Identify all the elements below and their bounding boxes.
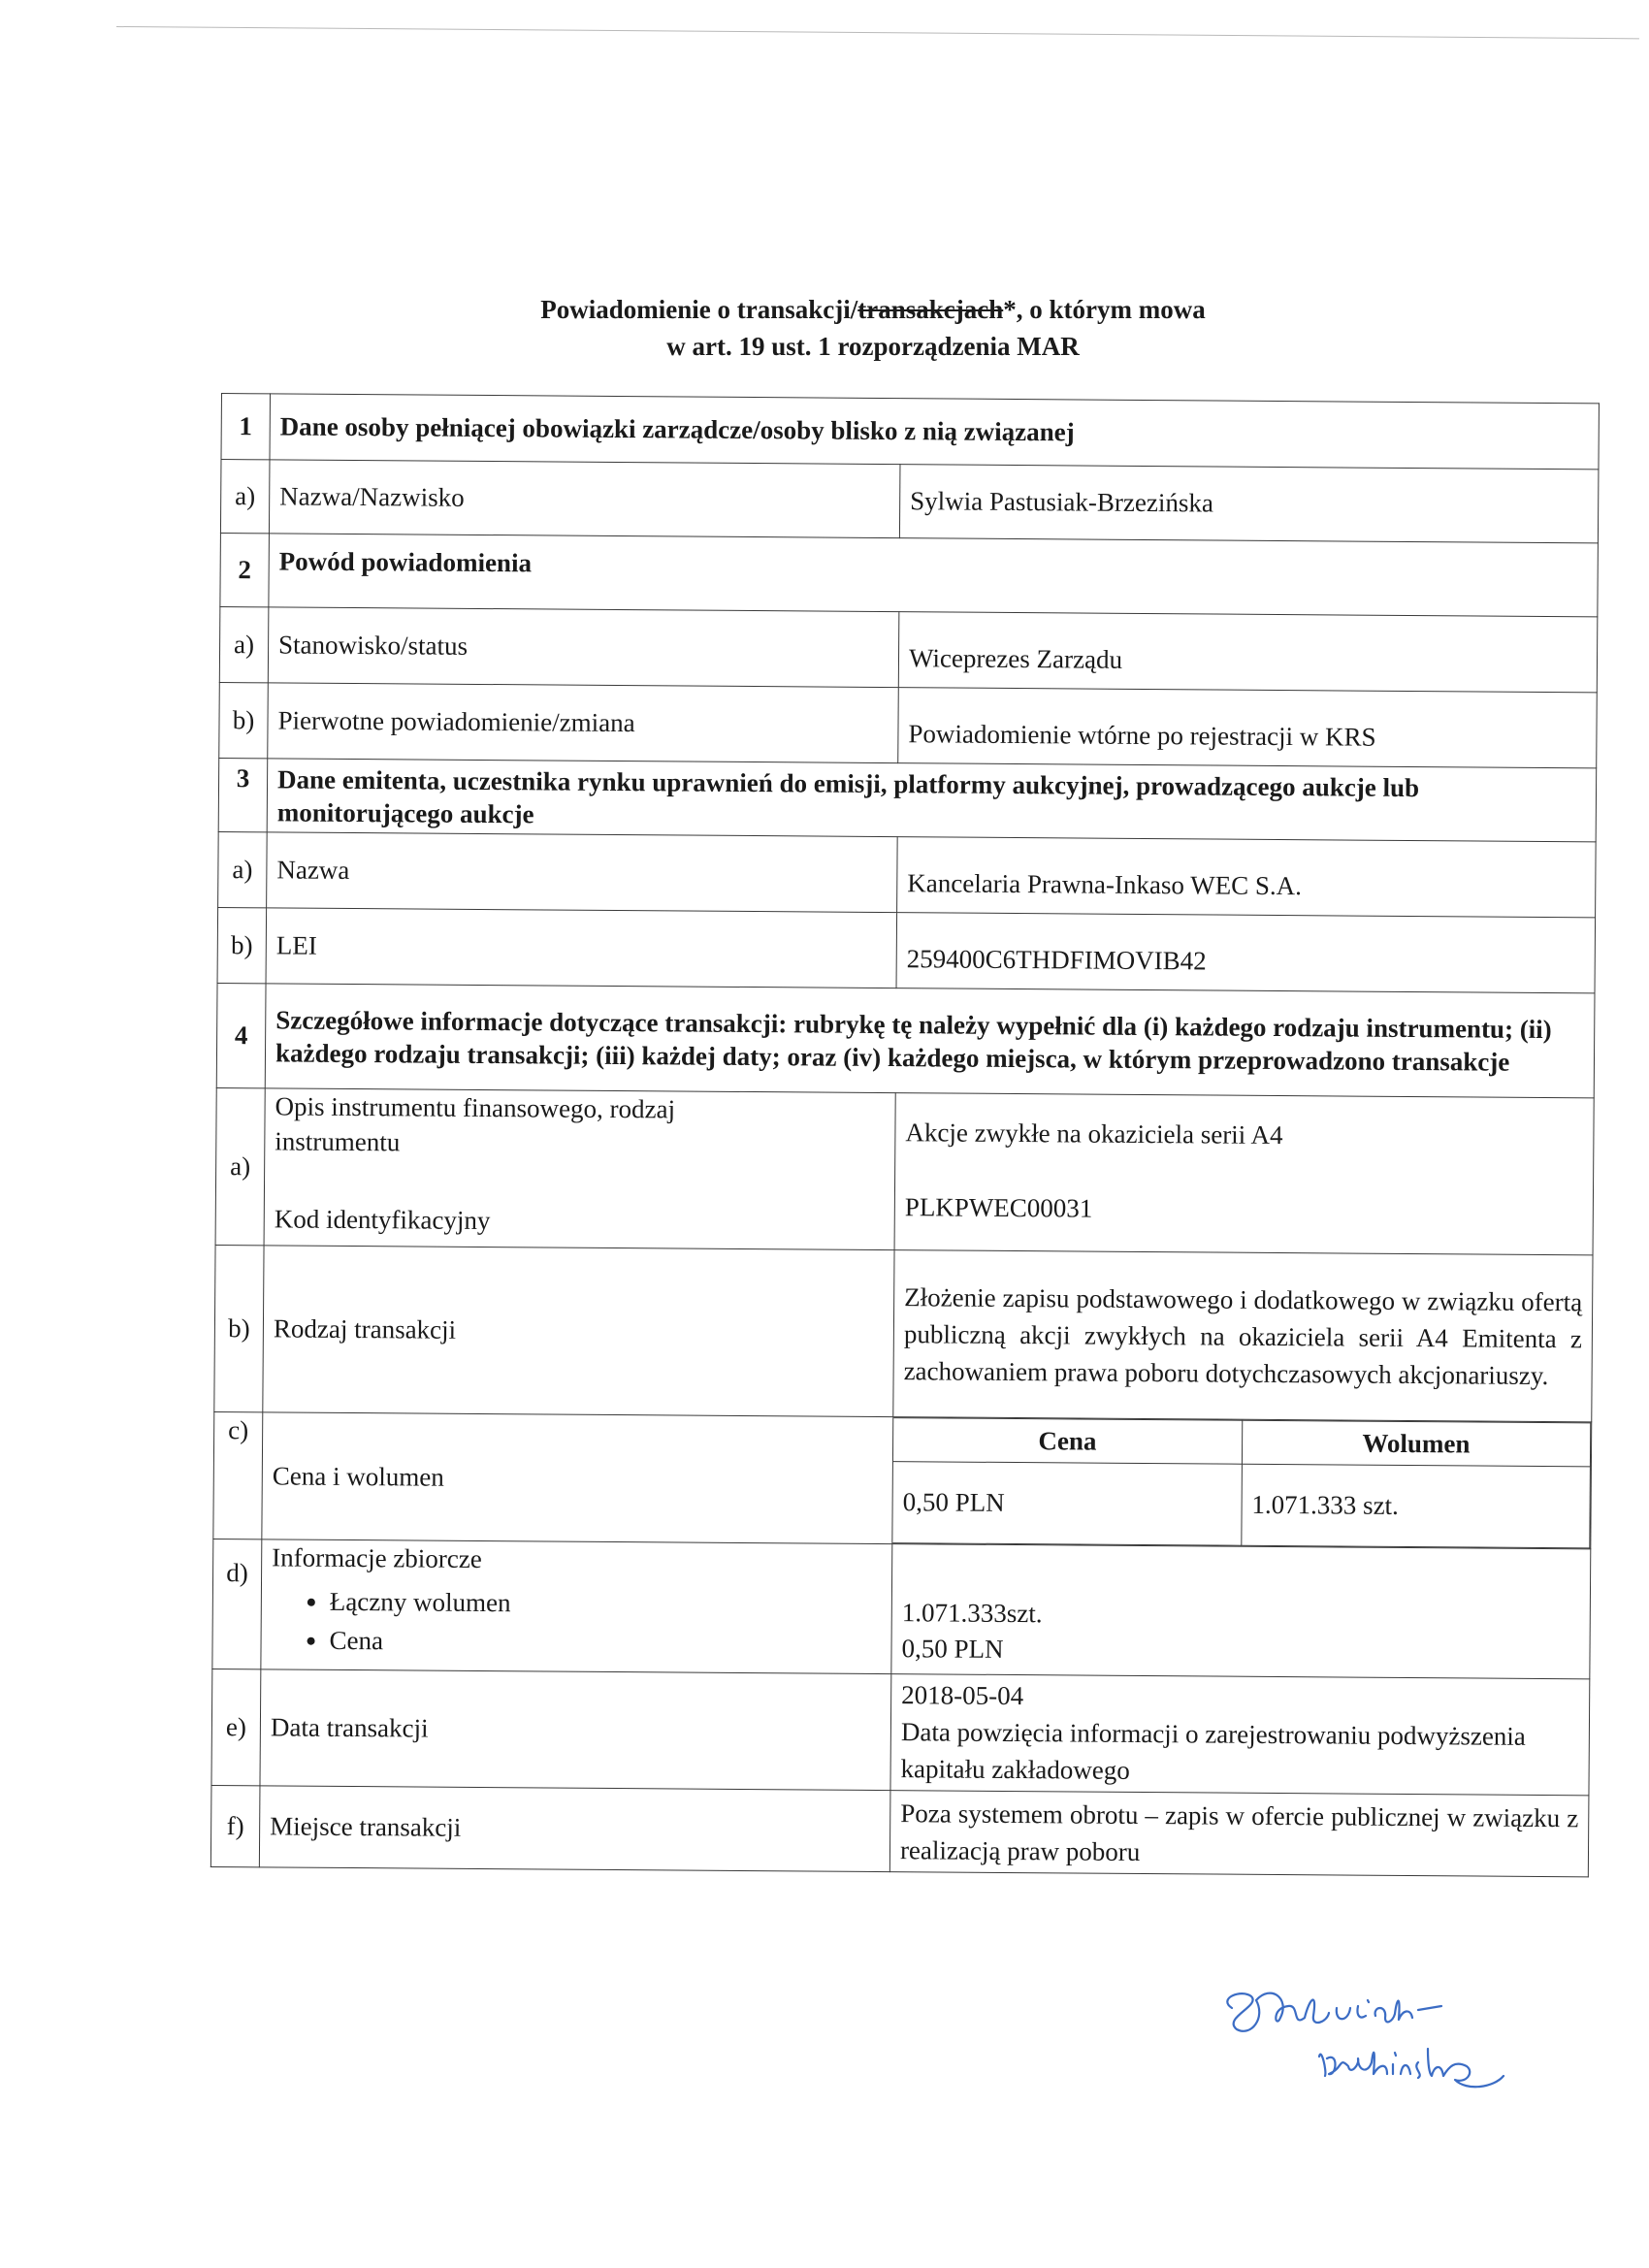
table-row: a) Nazwa/Nazwisko Sylwia Pastusiak-Brzez… (220, 460, 1599, 543)
row-index: a) (219, 606, 269, 682)
section-2-header: 2 Powód powiadomienia (220, 533, 1599, 616)
field-label: Rodzaj transakcji (263, 1246, 894, 1417)
row-index: e) (211, 1669, 261, 1785)
field-value: Sylwia Pastusiak-Brzezińska (899, 465, 1599, 543)
price-volume-table: Cena Wolumen 0,50 PLN 1.071.333 szt. (892, 1417, 1591, 1548)
field-value: Akcje zwykłe na okaziciela serii A4 PLKP… (894, 1093, 1594, 1255)
field-label: LEI (266, 908, 897, 988)
table-row: a) Stanowisko/status Wiceprezes Zarządu (219, 606, 1598, 692)
section-number: 1 (221, 394, 270, 460)
section-title: Powód powiadomienia (269, 534, 1599, 617)
field-value: Złożenie zapisu podstawowego i dodatkowe… (893, 1250, 1593, 1422)
field-label: Pierwotne powiadomienie/zmiana (268, 683, 899, 763)
title-line2: w art. 19 ust. 1 rozporządzenia MAR (436, 328, 1309, 365)
transaction-date: 2018-05-04 (901, 1677, 1579, 1718)
transaction-date-note: Data powzięcia informacji o zarejestrowa… (900, 1713, 1579, 1792)
section-number: 2 (220, 533, 270, 606)
aggregated-price-value: 0,50 PLN (901, 1631, 1579, 1671)
handwritten-signature (1212, 1979, 1600, 2115)
identification-code-value: PLKPWEC00031 (905, 1189, 1583, 1230)
instrument-description-label: Opis instrumentu finansowego, rodzaj ins… (275, 1088, 741, 1162)
field-label: Opis instrumentu finansowego, rodzaj ins… (264, 1088, 895, 1250)
row-index: a) (215, 1087, 265, 1245)
row-index: c) (213, 1411, 263, 1539)
title-line1-pre: Powiadomienie o transakcji/ (540, 295, 857, 324)
table-row: d) Informacje zbiorcze Łączny wolumen Ce… (212, 1539, 1591, 1678)
table-row: b) Pierwotne powiadomienie/zmiana Powiad… (219, 682, 1598, 767)
field-value: Cena Wolumen 0,50 PLN 1.071.333 szt. (892, 1417, 1592, 1549)
field-value: Powiadomienie wtórne po rejestracji w KR… (898, 688, 1598, 768)
section-3-header: 3 Dane emitenta, uczestnika rynku uprawn… (218, 758, 1597, 841)
scan-edge-line (116, 26, 1639, 39)
section-1-header: 1 Dane osoby pełniącej obowiązki zarządc… (221, 394, 1599, 470)
volume-column-header: Wolumen (1242, 1420, 1591, 1467)
field-value: Wiceprezes Zarządu (898, 612, 1598, 693)
row-index: b) (219, 682, 269, 758)
instrument-description-value: Akcje zwykłe na okaziciela serii A4 (905, 1115, 1583, 1155)
section-4-header: 4 Szczegółowe informacje dotyczące trans… (216, 983, 1595, 1097)
table-row: b) Rodzaj transakcji Złożenie zapisu pod… (214, 1245, 1593, 1421)
field-value: Kancelaria Prawna-Inkaso WEC S.A. (897, 837, 1597, 918)
section-title: Dane emitenta, uczestnika rynku uprawnie… (267, 759, 1597, 842)
table-row: a) Nazwa Kancelaria Prawna-Inkaso WEC S.… (218, 831, 1597, 917)
field-label: Data transakcji (260, 1669, 891, 1791)
field-label: Informacje zbiorcze Łączny wolumen Cena (261, 1539, 892, 1674)
aggregated-info-list: Łączny wolumen Cena (271, 1581, 882, 1664)
row-index: a) (218, 831, 268, 907)
table-row: c) Cena i wolumen Cena Wolumen 0,50 PLN … (213, 1411, 1592, 1548)
field-label: Miejsce transakcji (259, 1786, 890, 1872)
section-number: 4 (216, 983, 266, 1087)
form-table: 1 Dane osoby pełniącej obowiązki zarządc… (210, 393, 1600, 1877)
row-index: d) (212, 1539, 262, 1669)
table-row: b) LEI 259400C6THDFIMOVIB42 (217, 907, 1596, 992)
price-value: 0,50 PLN (892, 1462, 1242, 1546)
total-volume-value: 1.071.333szt. (902, 1595, 1580, 1636)
table-row: a) Opis instrumentu finansowego, rodzaj … (215, 1087, 1594, 1254)
field-label: Nazwa (267, 832, 898, 913)
row-index: a) (220, 460, 270, 534)
row-index: b) (217, 907, 267, 983)
row-index: b) (214, 1245, 264, 1411)
price-column-header: Cena (893, 1418, 1243, 1465)
price-label: Cena (329, 1621, 881, 1664)
identification-code-label: Kod identyfikacyjny (275, 1201, 885, 1242)
volume-value: 1.071.333 szt. (1242, 1464, 1591, 1548)
field-value: 1.071.333szt. 0,50 PLN (891, 1544, 1591, 1679)
row-index: f) (210, 1785, 260, 1866)
title-line1-post: *, o którym mowa (1003, 295, 1205, 324)
field-label: Cena i wolumen (262, 1412, 893, 1544)
section-title: Dane osoby pełniącej obowiązki zarządcze… (270, 394, 1599, 470)
total-volume-label: Łączny wolumen (330, 1582, 882, 1625)
field-label: Nazwa/Nazwisko (269, 460, 900, 538)
title-struck-word: transakcjach (857, 295, 1003, 324)
table-row: f) Miejsce transakcji Poza systemem obro… (210, 1785, 1589, 1876)
table-row: e) Data transakcji 2018-05-04 Data powzi… (211, 1669, 1590, 1795)
document-title: Powiadomienie o transakcji/transakcjach*… (436, 291, 1309, 365)
notification-form: 1 Dane osoby pełniącej obowiązki zarządc… (210, 393, 1599, 1877)
field-value: 259400C6THDFIMOVIB42 (896, 913, 1596, 993)
field-value: 2018-05-04 Data powzięcia informacji o z… (890, 1674, 1590, 1796)
section-title: Szczegółowe informacje dotyczące transak… (265, 984, 1595, 1098)
section-number: 3 (218, 758, 268, 831)
field-label: Stanowisko/status (268, 607, 899, 688)
aggregated-info-label: Informacje zbiorcze (272, 1539, 882, 1580)
field-value: Poza systemem obrotu – zapis w ofercie p… (889, 1791, 1589, 1877)
